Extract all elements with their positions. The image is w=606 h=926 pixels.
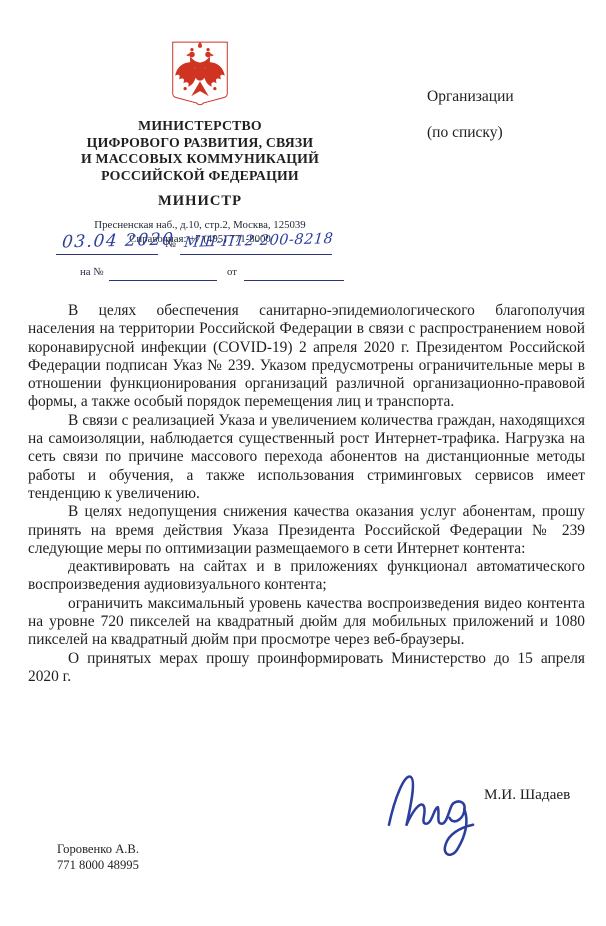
address-line: Пресненская наб., д.10, стр.2, Москва, 1… (30, 218, 370, 232)
recipient-line: (по списку) (427, 124, 514, 141)
official-letter-page: МИНИСТЕРСТВО ЦИФРОВОГО РАЗВИТИЯ, СВЯЗИ И… (0, 0, 606, 926)
coat-of-arms-icon (169, 40, 231, 110)
body-paragraph: В связи с реализацией Указа и увеличение… (28, 412, 585, 503)
signer-name: М.И. Шадаев (484, 786, 570, 804)
ministry-name-line: МИНИСТЕРСТВО (30, 118, 370, 135)
number-underline (180, 254, 332, 255)
body-paragraph: В целях обеспечения санитарно-эпидемиоло… (28, 302, 585, 412)
letter-body: В целях обеспечения санитарно-эпидемиоло… (28, 302, 585, 686)
body-paragraph: О принятых мерах прошу проинформировать … (28, 650, 585, 687)
number-sign-label: № (165, 238, 176, 250)
ministry-name-line: ЦИФРОВОГО РАЗВИТИЯ, СВЯЗИ (30, 135, 370, 152)
body-paragraph: В целях недопущения снижения качества ок… (28, 503, 585, 558)
minister-title: МИНИСТР (30, 193, 370, 210)
handwritten-signature (383, 768, 481, 856)
executor-phone: 771 8000 48995 (57, 857, 139, 873)
reply-number-underline (109, 280, 217, 281)
recipient-line: Организации (427, 88, 514, 105)
ministry-name-line: И МАССОВЫХ КОММУНИКАЦИЙ (30, 151, 370, 168)
letterhead: МИНИСТЕРСТВО ЦИФРОВОГО РАЗВИТИЯ, СВЯЗИ И… (30, 40, 370, 246)
body-paragraph: ограничить максимальный уровень качества… (28, 595, 585, 650)
reply-number-label: на № (80, 266, 104, 278)
reply-date-underline (244, 280, 344, 281)
body-paragraph: деактивировать на сайтах и в приложениях… (28, 558, 585, 595)
ministry-name: МИНИСТЕРСТВО ЦИФРОВОГО РАЗВИТИЯ, СВЯЗИ И… (30, 118, 370, 184)
executor-name: Горовенко А.В. (57, 841, 139, 857)
ministry-name-line: РОССИЙСКОЙ ФЕДЕРАЦИИ (30, 168, 370, 185)
handwritten-outgoing-number: МШ-П12-200-8218 (183, 231, 333, 251)
executor-block: Горовенко А.В. 771 8000 48995 (57, 841, 139, 873)
recipient-block: Организации (по списку) (427, 88, 514, 141)
reply-date-label: от (227, 266, 237, 278)
date-underline (56, 254, 158, 255)
handwritten-date: 03.04 2020 (61, 230, 175, 253)
